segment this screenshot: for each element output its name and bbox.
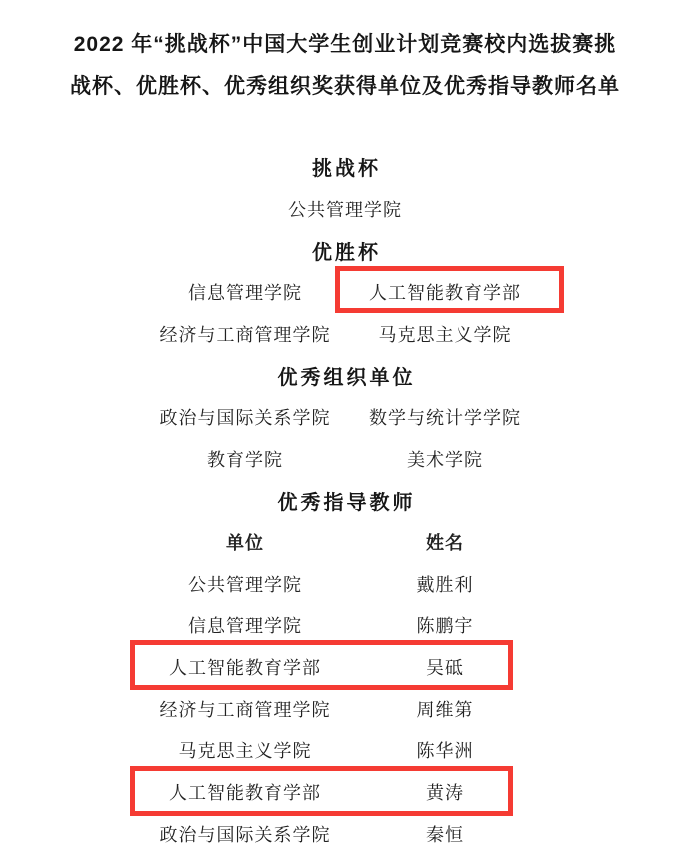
teacher-row-highlighted: 人工智能教育学部 吴砥 (0, 646, 690, 688)
winning-cup-row-2: 经济与工商管理学院 马克思主义学院 (0, 313, 690, 355)
teacher-row: 信息管理学院 陈鹏宇 (0, 605, 690, 647)
teacher-unit: 马克思主义学院 (145, 730, 345, 772)
teacher-table-header-row: 单位 姓名 (0, 521, 690, 563)
excellent-org-row-1: 政治与国际关系学院 数学与统计学学院 (0, 396, 690, 438)
winning-cup-unit: 马克思主义学院 (345, 313, 545, 355)
document-page: 2022 年“挑战杯”中国大学生创业计划竞赛校内选拔赛挑 战杯、优胜杯、优秀组织… (0, 0, 690, 867)
winning-cup-unit: 经济与工商管理学院 (145, 313, 345, 355)
teacher-row: 政治与国际关系学院 秦恒 (0, 813, 690, 855)
teacher-name: 周维第 (345, 688, 545, 730)
section-heading-challenge-cup: 挑战杯 (309, 152, 381, 181)
teacher-name: 陈华洲 (345, 730, 545, 772)
winning-cup-unit-highlighted: 人工智能教育学部 (345, 271, 545, 313)
excellent-org-unit: 美术学院 (345, 438, 545, 480)
teacher-name: 吴砥 (345, 646, 545, 688)
teacher-unit: 经济与工商管理学院 (145, 688, 345, 730)
excellent-org-row-2: 教育学院 美术学院 (0, 438, 690, 480)
teacher-name: 戴胜利 (345, 563, 545, 605)
excellent-org-unit: 政治与国际关系学院 (145, 396, 345, 438)
section-heading-excellent-org: 优秀组织单位 (275, 361, 416, 390)
teacher-name: 黄涛 (345, 771, 545, 813)
excellent-org-unit: 教育学院 (145, 438, 345, 480)
teacher-unit: 信息管理学院 (145, 605, 345, 647)
section-heading-excellent-teachers: 优秀指导教师 (275, 486, 416, 515)
title-spacer (0, 106, 690, 146)
teacher-unit: 公共管理学院 (145, 563, 345, 605)
teacher-unit: 政治与国际关系学院 (145, 813, 345, 855)
teacher-column-header-name: 姓名 (345, 521, 545, 563)
teacher-row-highlighted: 人工智能教育学部 黄涛 (0, 771, 690, 813)
teacher-column-header-unit: 单位 (145, 521, 345, 563)
winning-cup-unit: 信息管理学院 (145, 271, 345, 313)
teacher-row: 马克思主义学院 陈华洲 (0, 730, 690, 772)
teacher-row: 经济与工商管理学院 周维第 (0, 688, 690, 730)
excellent-org-unit: 数学与统计学学院 (345, 396, 545, 438)
challenge-cup-winner: 公共管理学院 (288, 196, 402, 222)
teacher-unit: 人工智能教育学部 (145, 646, 345, 688)
teacher-unit: 人工智能教育学部 (145, 771, 345, 813)
winning-cup-row-1: 信息管理学院 人工智能教育学部 (0, 271, 690, 313)
document-title-line-1: 2022 年“挑战杯”中国大学生创业计划竞赛校内选拔赛挑 (0, 22, 690, 64)
teacher-name: 陈鹏宇 (345, 605, 545, 647)
teacher-row: 公共管理学院 戴胜利 (0, 563, 690, 605)
document-title-line-2: 战杯、优胜杯、优秀组织奖获得单位及优秀指导教师名单 (0, 64, 690, 106)
teacher-name: 秦恒 (345, 813, 545, 855)
section-heading-winning-cup: 优胜杯 (309, 236, 381, 265)
